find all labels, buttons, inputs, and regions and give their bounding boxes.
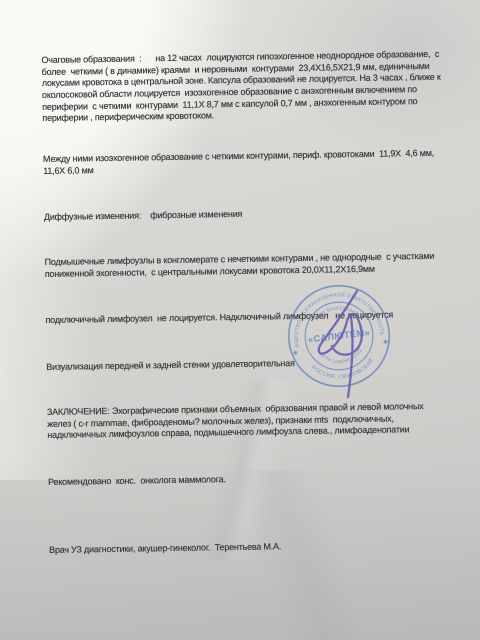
report-paragraph-focal-lesions: Очаговые образования : на 12 часах лоцир… <box>41 48 480 125</box>
report-paragraph-between-lesions: Между ними изоэхогенное образование с че… <box>43 147 480 177</box>
report-paragraph-recommendation: Рекомендовано конс. онколога маммолога. <box>48 470 480 489</box>
ultrasound-report-text: Очаговые образования : на 12 часах лоцир… <box>41 25 480 580</box>
report-paragraph-visualization: Визуализация передней и задней стенки уд… <box>46 355 480 374</box>
report-paragraph-diffuse-changes: Диффузные изменения: фиброзные изменения <box>44 205 480 224</box>
report-paragraph-conclusion: ЗАКЛЮЧЕНИЕ: Эхографические признаки объе… <box>47 400 480 442</box>
report-paragraph-axillary-nodes: Подмышечные лимфоузлы в конгломерате с н… <box>45 250 480 280</box>
report-doctor-line: Врач УЗ диагностики, акушер-гинеколог. Т… <box>49 538 480 557</box>
report-paragraph-subclavian-nodes: подключичный лимфоузел не лоцируется. На… <box>45 308 480 327</box>
document-photo: Очаговые образования : на 12 часах лоцир… <box>0 0 480 640</box>
